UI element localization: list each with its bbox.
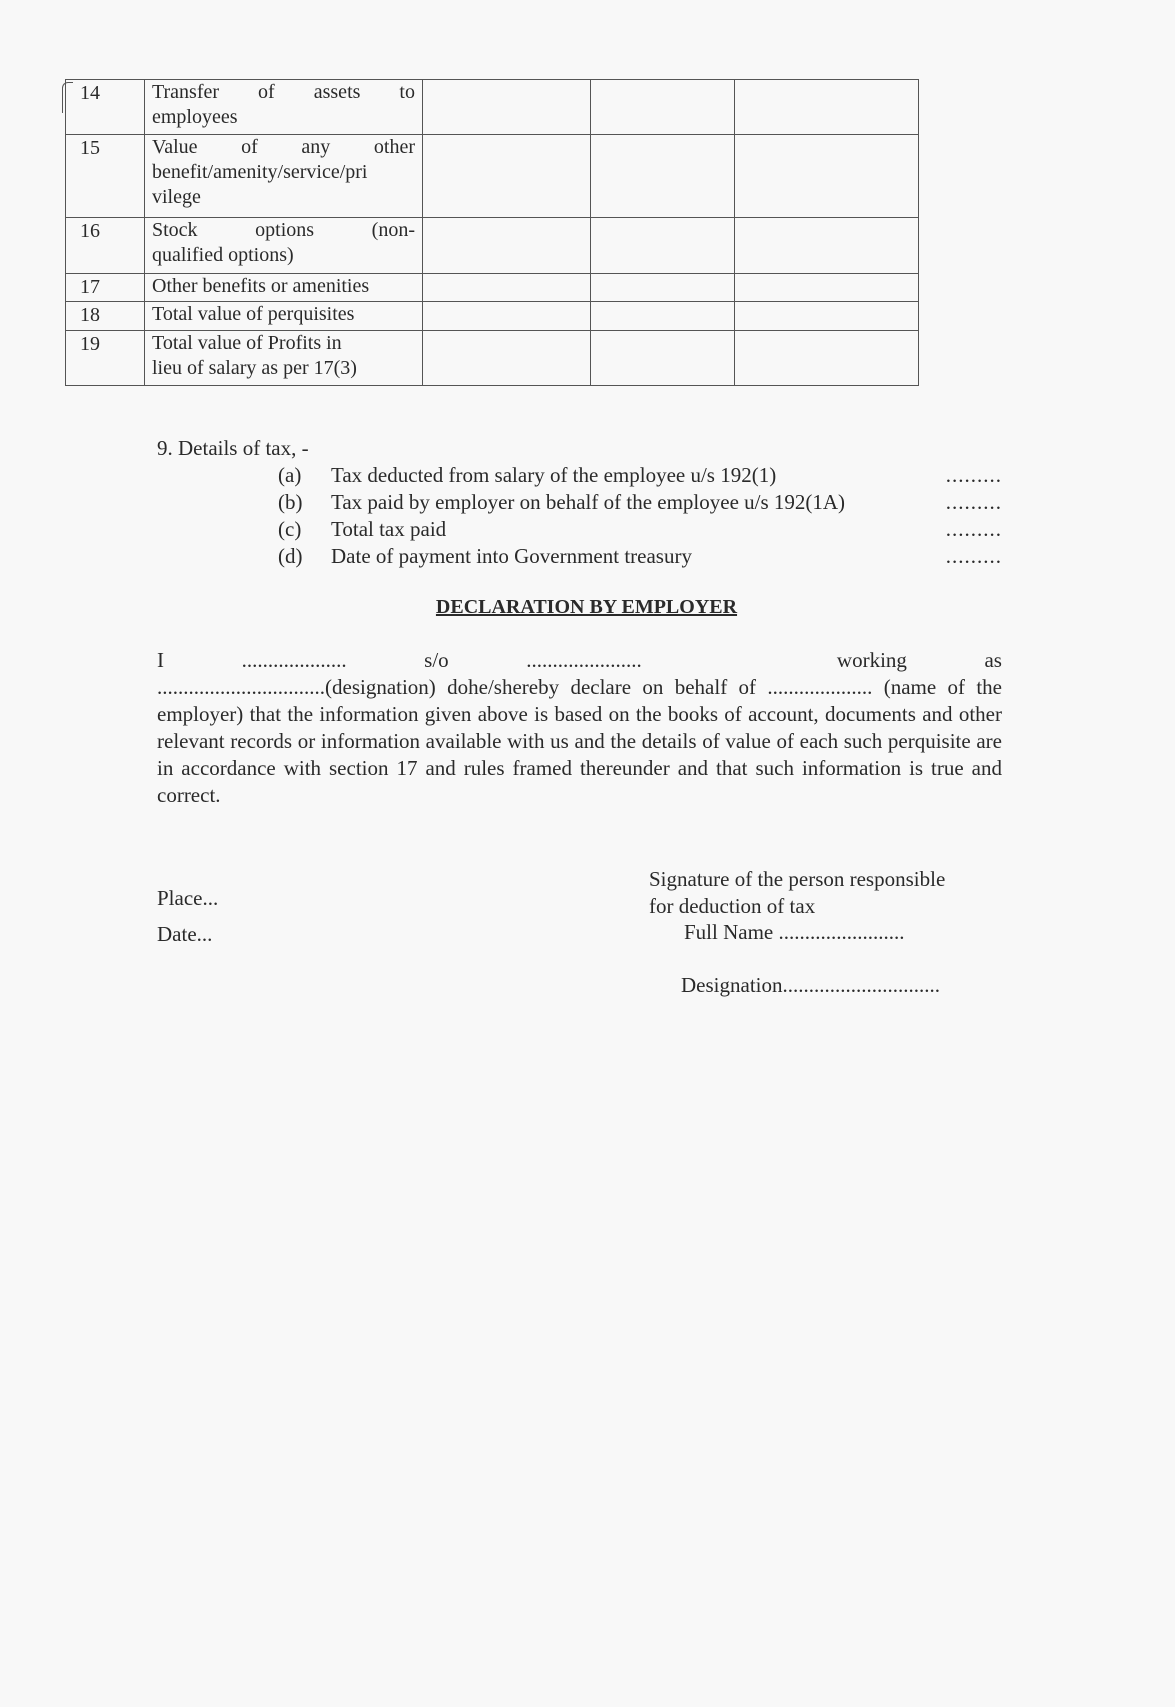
tax-details-title: 9. Details of tax, - [157,436,309,461]
amount-recovered-cell[interactable] [591,302,735,331]
row-number: 14 [66,80,145,135]
amount-recovered-cell[interactable] [591,274,735,302]
taxable-amount-cell[interactable] [735,80,919,135]
full-name-field[interactable]: Full Name ........................ [684,920,905,945]
taxable-amount-cell[interactable] [735,302,919,331]
row-description: Transfer of assets toemployees [145,80,423,135]
declaration-first-line: I .................... s/o .............… [157,647,1002,674]
row-description: Other benefits or amenities [145,274,423,302]
amount-recovered-cell[interactable] [591,331,735,386]
row-number: 16 [66,218,145,274]
row-number: 17 [66,274,145,302]
tax-item-value-field[interactable]: ......... [946,489,1002,516]
tax-item-value-field[interactable]: ......... [946,543,1002,570]
tax-item-letter: (b) [278,489,303,516]
designation-field[interactable]: Designation.............................… [681,973,940,998]
nature-value-cell[interactable] [423,218,591,274]
signature-label-line2: for deduction of tax [649,893,945,920]
description-line: Total value of perquisites [152,302,415,327]
table-row: 14Transfer of assets toemployees [66,80,919,135]
description-line: Stock options (non- [152,218,415,243]
tax-item-total: (c) Total tax paid ......... [278,516,1002,543]
declaration-heading: DECLARATION BY EMPLOYER [0,596,1175,619]
nature-value-cell[interactable] [423,135,591,218]
taxable-amount-cell[interactable] [735,274,919,302]
father-name-blank-field[interactable]: ...................... [526,647,642,674]
as-label: as [984,647,1002,674]
table-row: 18Total value of perquisites [66,302,919,331]
tax-details-list: (a) Tax deducted from salary of the empl… [278,462,1002,570]
nature-value-cell[interactable] [423,80,591,135]
tax-item-value-field[interactable]: ......... [946,516,1002,543]
tax-item-value-field[interactable]: ......... [946,462,1002,489]
son-of-label: s/o [424,647,449,674]
tax-item-label: Tax paid by employer on behalf of the em… [331,489,845,516]
taxable-amount-cell[interactable] [735,135,919,218]
signature-label-line1: Signature of the person responsible [649,866,945,893]
tax-item-letter: (c) [278,516,301,543]
description-line: qualified options) [152,243,415,268]
declaration-paragraph: ................................(designa… [157,674,1002,809]
tax-item-letter: (d) [278,543,303,570]
amount-recovered-cell[interactable] [591,135,735,218]
nature-value-cell[interactable] [423,302,591,331]
pronoun-i: I [157,647,164,674]
description-line: Transfer of assets to [152,80,415,105]
description-line: vilege [152,185,415,210]
date-field[interactable]: Date... [157,922,212,947]
nature-value-cell[interactable] [423,274,591,302]
row-number: 19 [66,331,145,386]
row-number: 15 [66,135,145,218]
name-blank-field[interactable]: .................... [242,647,347,674]
amount-recovered-cell[interactable] [591,80,735,135]
description-line: Total value of Profits in [152,331,415,356]
tax-item-label: Tax deducted from salary of the employee… [331,462,776,489]
tax-item-label: Total tax paid [331,516,446,543]
signature-block: Signature of the person responsible for … [649,866,945,920]
perquisites-table: 14Transfer of assets toemployees15Value … [65,79,919,386]
row-description: Value of any otherbenefit/amenity/servic… [145,135,423,218]
tax-item-letter: (a) [278,462,301,489]
tax-item-label: Date of payment into Government treasury [331,543,692,570]
tax-item-payment-date: (d) Date of payment into Government trea… [278,543,1002,570]
nature-value-cell[interactable] [423,331,591,386]
declaration-heading-text: DECLARATION BY EMPLOYER [436,596,737,618]
place-field[interactable]: Place... [157,886,218,911]
table-row: 19Total value of Profits inlieu of salar… [66,331,919,386]
taxable-amount-cell[interactable] [735,331,919,386]
description-line: Other benefits or amenities [152,274,415,299]
row-description: Stock options (non-qualified options) [145,218,423,274]
row-number: 18 [66,302,145,331]
table-row: 15Value of any otherbenefit/amenity/serv… [66,135,919,218]
working-label: working [837,647,907,674]
table-row: 16Stock options (non-qualified options) [66,218,919,274]
amount-recovered-cell[interactable] [591,218,735,274]
declaration-body: I .................... s/o .............… [157,647,1002,809]
taxable-amount-cell[interactable] [735,218,919,274]
row-description: Total value of perquisites [145,302,423,331]
description-line: benefit/amenity/service/pri [152,160,415,185]
description-line: employees [152,105,415,130]
description-line: lieu of salary as per 17(3) [152,356,415,381]
tax-item-deducted: (a) Tax deducted from salary of the empl… [278,462,1002,489]
document-page: 14Transfer of assets toemployees15Value … [0,0,1175,1707]
description-line: Value of any other [152,135,415,160]
row-description: Total value of Profits inlieu of salary … [145,331,423,386]
tax-item-paid-by-employer: (b) Tax paid by employer on behalf of th… [278,489,1002,516]
table-row: 17Other benefits or amenities [66,274,919,302]
